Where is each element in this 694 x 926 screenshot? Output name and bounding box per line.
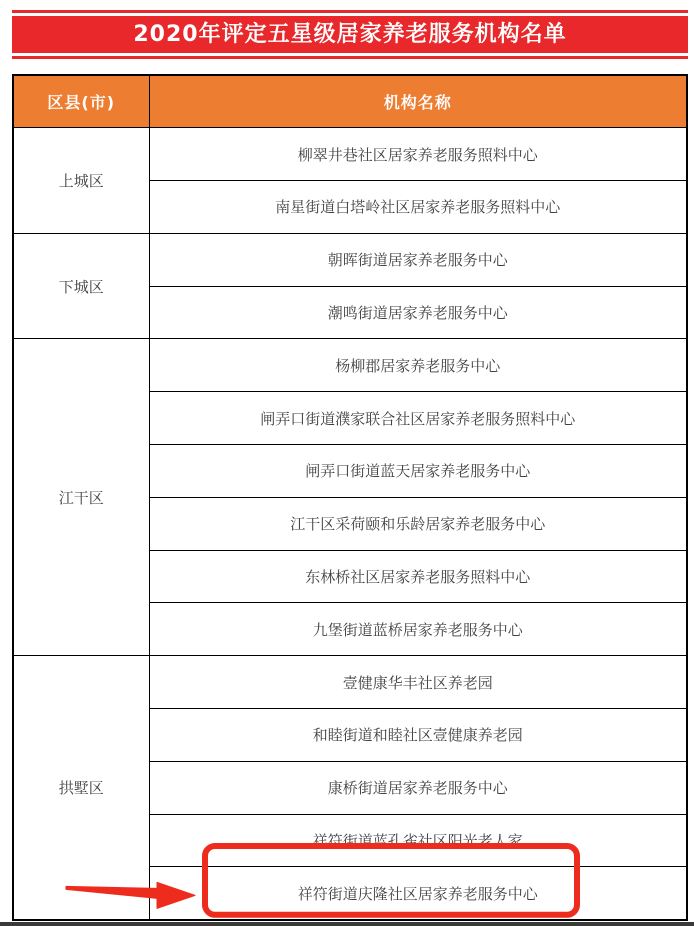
institution-cell: 壹健康华丰社区养老园 bbox=[149, 656, 687, 709]
institution-cell: 九堡街道蓝桥居家养老服务中心 bbox=[149, 603, 687, 656]
district-cell: 拱墅区 bbox=[13, 656, 149, 920]
institution-cell: 闸弄口街道濮家联合社区居家养老服务照料中心 bbox=[149, 392, 687, 445]
table-row: 下城区朝晖街道居家养老服务中心 bbox=[13, 233, 687, 286]
title-banner-fill: 2020年评定五星级居家养老服务机构名单 bbox=[12, 16, 688, 53]
institution-cell: 东林桥社区居家养老服务照料中心 bbox=[149, 550, 687, 603]
district-cell: 下城区 bbox=[13, 233, 149, 339]
bottom-separator-bar bbox=[0, 922, 694, 926]
table-row: 江干区杨柳郡居家养老服务中心 bbox=[13, 339, 687, 392]
institution-cell: 闸弄口街道蓝天居家养老服务中心 bbox=[149, 445, 687, 498]
table-row: 拱墅区壹健康华丰社区养老园 bbox=[13, 656, 687, 709]
institution-cell: 和睦街道和睦社区壹健康养老园 bbox=[149, 709, 687, 762]
district-cell: 江干区 bbox=[13, 339, 149, 656]
institution-cell: 康桥街道居家养老服务中心 bbox=[149, 761, 687, 814]
institutions-table: 区县(市) 机构名称 上城区柳翠井巷社区居家养老服务照料中心南星街道白塔岭社区居… bbox=[12, 74, 688, 921]
institution-cell: 杨柳郡居家养老服务中心 bbox=[149, 339, 687, 392]
institution-cell: 朝晖街道居家养老服务中心 bbox=[149, 233, 687, 286]
title-banner: 2020年评定五星级居家养老服务机构名单 bbox=[12, 10, 688, 59]
page: 2020年评定五星级居家养老服务机构名单 区县(市) 机构名称 上城区柳翠井巷社… bbox=[0, 0, 694, 926]
institution-cell: 江干区采荷颐和乐龄居家养老服务中心 bbox=[149, 497, 687, 550]
district-cell: 上城区 bbox=[13, 128, 149, 234]
institution-cell: 祥符街道蓝孔雀社区阳光老人家 bbox=[149, 814, 687, 867]
table-row: 上城区柳翠井巷社区居家养老服务照料中心 bbox=[13, 128, 687, 181]
institution-cell: 潮鸣街道居家养老服务中心 bbox=[149, 286, 687, 339]
institution-cell: 柳翠井巷社区居家养老服务照料中心 bbox=[149, 128, 687, 181]
column-header-institution: 机构名称 bbox=[149, 75, 687, 128]
table-header-row: 区县(市) 机构名称 bbox=[13, 75, 687, 128]
institution-cell: 祥符街道庆隆社区居家养老服务中心 bbox=[149, 867, 687, 920]
institution-cell: 南星街道白塔岭社区居家养老服务照料中心 bbox=[149, 181, 687, 234]
page-title: 2020年评定五星级居家养老服务机构名单 bbox=[133, 24, 566, 46]
column-header-district: 区县(市) bbox=[13, 75, 149, 128]
